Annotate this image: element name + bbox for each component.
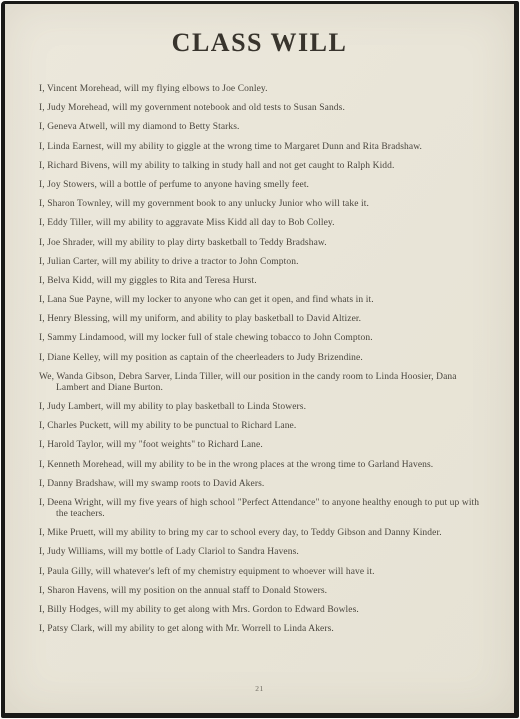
will-entry: I, Paula Gilly, will whatever's left of … <box>39 567 490 578</box>
will-entry: I, Joe Shrader, will my ability to play … <box>39 238 490 249</box>
will-entry: I, Sharon Townley, will my government bo… <box>39 199 490 210</box>
will-entry: I, Belva Kidd, will my giggles to Rita a… <box>39 276 490 287</box>
will-entry: I, Geneva Atwell, will my diamond to Bet… <box>39 122 490 133</box>
will-entry: I, Patsy Clark, will my ability to get a… <box>39 624 490 635</box>
will-entry: I, Danny Bradshaw, will my swamp roots t… <box>39 479 490 490</box>
will-entry: I, Deena Wright, will my five years of h… <box>39 498 490 520</box>
will-entry: I, Kenneth Morehead, will my ability to … <box>39 460 490 471</box>
will-entry: I, Richard Bivens, will my ability to ta… <box>39 161 490 172</box>
will-entry: I, Julian Carter, will my ability to dri… <box>39 257 490 268</box>
will-entry: I, Sammy Lindamood, will my locker full … <box>39 333 490 344</box>
will-entry: I, Judy Morehead, will my government not… <box>39 103 490 114</box>
will-entry: I, Sharon Havens, will my position on th… <box>39 586 490 597</box>
will-entry: I, Charles Puckett, will my ability to b… <box>39 421 490 432</box>
will-entry: We, Wanda Gibson, Debra Sarver, Linda Ti… <box>39 372 490 394</box>
will-entry: I, Billy Hodges, will my ability to get … <box>39 605 490 616</box>
will-entry: I, Judy Lambert, will my ability to play… <box>39 402 490 413</box>
will-entry: I, Joy Stowers, will a bottle of perfume… <box>39 180 490 191</box>
page-number: 21 <box>5 684 514 693</box>
will-entry: I, Diane Kelley, will my position as cap… <box>39 353 490 364</box>
will-entry: I, Vincent Morehead, will my flying elbo… <box>39 84 490 95</box>
will-entry: I, Harold Taylor, will my "foot weights"… <box>39 440 490 451</box>
will-entry: I, Eddy Tiller, will my ability to aggra… <box>39 218 490 229</box>
will-list: I, Vincent Morehead, will my flying elbo… <box>5 84 514 635</box>
will-entry: I, Linda Earnest, will my ability to gig… <box>39 142 490 153</box>
scanned-yearbook-page: CLASS WILL I, Vincent Morehead, will my … <box>0 0 520 719</box>
will-entry: I, Henry Blessing, will my uniform, and … <box>39 314 490 325</box>
will-entry: I, Mike Pruett, will my ability to bring… <box>39 528 490 539</box>
page-frame: CLASS WILL I, Vincent Morehead, will my … <box>1 1 519 718</box>
page-title: CLASS WILL <box>5 28 514 58</box>
will-entry: I, Lana Sue Payne, will my locker to any… <box>39 295 490 306</box>
will-entry: I, Judy Williams, will my bottle of Lady… <box>39 547 490 558</box>
